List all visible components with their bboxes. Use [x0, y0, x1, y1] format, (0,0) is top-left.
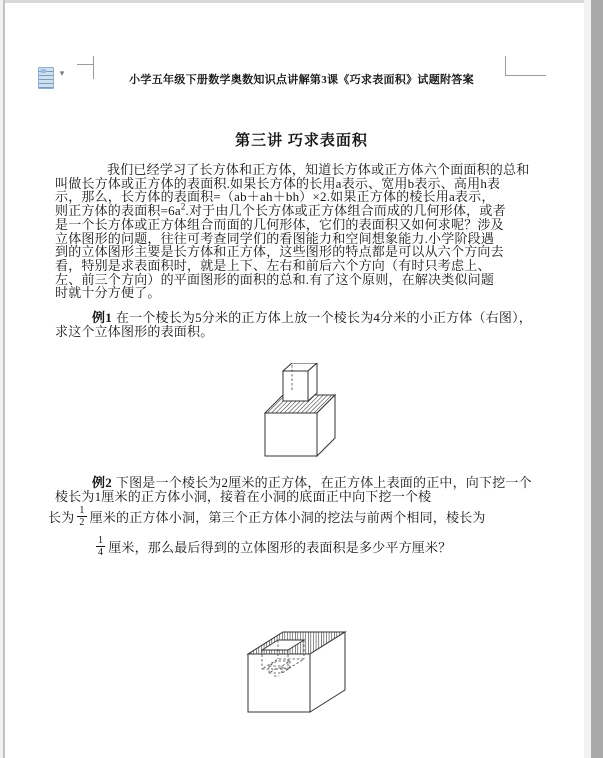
canvas-right-strip [591, 0, 603, 758]
intro-line-2: 叫做长方体或正方体的表面积.如果长方体的长用a表示、宽用b表示、高用h表 [55, 177, 500, 191]
example2-line-4: 14 厘米，那么最后得到的立体图形的表面积是多少平方厘米？ [93, 533, 451, 560]
cube-on-cube-drawing [232, 363, 397, 473]
intro-line-9: 左、前三个方向）的平面图形的面积的总和.有了这个原则，在解决类似问题 [55, 273, 494, 287]
intro-line-4-text: 则正方体的表面积=6a [55, 203, 181, 218]
fraction-numerator: 1 [77, 505, 86, 518]
page-right-border [584, 0, 591, 758]
example2-line4-post: 厘米，那么最后得到的立体图形的表面积是多少平方厘米？ [108, 537, 451, 556]
fraction-one-quarter: 14 [96, 535, 105, 559]
example2-line-2: 棱长为1厘米的正方体小洞，接着在小洞的底面正中向下挖一个棱 [55, 490, 431, 504]
document-page: { "colors": { "page_bg": "#ffffff", "edg… [0, 0, 603, 758]
fraction-denominator: 4 [98, 547, 103, 559]
example2-line-3: 长为 12 厘米的正方体小洞，第三个正方体小洞的挖法与前两个相同，棱长为 [48, 503, 486, 530]
example2-label: 例2 [92, 475, 112, 490]
intro-line-4-rest: .对于由几个长方体或正方体组合而成的几何形体，或者 [186, 203, 506, 218]
intro-line-6: 立体图形的问题，往往可考查同学们的看图能力和空间想象能力.小学阶段遇 [55, 232, 494, 246]
intro-line-10: 时就十分方便了。 [55, 286, 161, 300]
example1-label: 例1 [92, 310, 112, 325]
cube-with-holes-drawing [230, 614, 395, 748]
intro-line-4: 则正方体的表面积=6a2.对于由几个长方体或正方体组合而成的几何形体，或者 [55, 204, 506, 218]
intro-line-5: 是一个长方体或正方体组合而面的几何形体，它们的表面积又如何求呢？涉及 [55, 218, 504, 232]
section-heading: 第三讲 巧求表面积 [0, 129, 603, 150]
intro-line-7: 到的立体图形主要是长方体和正方体，这些图形的特点都是可以从六个方向去 [55, 245, 504, 259]
example1-line-2: 求这个立体图形的表面积。 [55, 325, 213, 339]
example1-line-1: 例1在一个棱长为5分米的正方体上放一个棱长为4分米的小正方体（右图）， [55, 311, 532, 325]
example2-line-1: 例2下图是一个棱长为2厘米的正方体，在正方体上表面的正中，向下挖一个 [55, 476, 532, 490]
page-left-border [3, 0, 5, 758]
fraction-one-half: 12 [77, 505, 86, 529]
example1-text: 在一个棱长为5分米的正方体上放一个棱长为4分米的小正方体（右图）， [116, 310, 532, 325]
figure-example1-cube-on-cube [232, 363, 397, 473]
window-top-edge [0, 0, 603, 3]
fraction-denominator: 2 [79, 517, 84, 529]
fraction-numerator: 1 [96, 535, 105, 548]
example2-line3-pre: 长为 [48, 507, 74, 526]
intro-line-8: 看，特别是求表面积时，就是上下、左右和前后六个方向（有时只考虑上、 [55, 259, 491, 273]
example2-text: 下图是一个棱长为2厘米的正方体，在正方体上表面的正中，向下挖一个 [116, 475, 532, 490]
page-title: 小学五年级下册数学奥数知识点讲解第3课《巧求表面积》试题附答案 [0, 71, 603, 87]
figure-example2-cube-with-holes [230, 614, 395, 748]
intro-line-1: 我们已经学习了长方体和正方体，知道长方体或正方体六个面面积的总和 [55, 163, 529, 177]
crop-mark-left-horizontal [77, 64, 93, 65]
example2-line3-post: 厘米的正方体小洞，第三个正方体小洞的挖法与前两个相同，棱长为 [90, 507, 486, 526]
